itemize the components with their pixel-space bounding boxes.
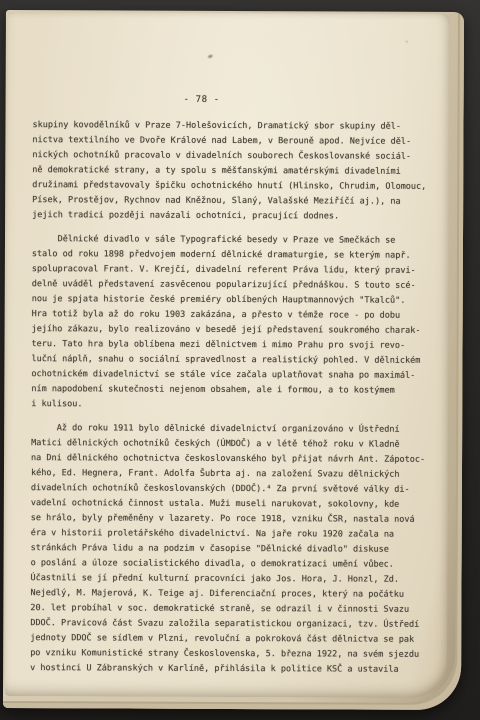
scanner-background: - 78 - skupiny kovodělníků v Praze 7-Hol… xyxy=(0,0,480,720)
body-text: skupiny kovodělníků v Praze 7-Holešovicí… xyxy=(30,118,436,678)
paper-speck xyxy=(406,41,408,43)
paper-smudge xyxy=(207,54,213,59)
paragraph-2: Dělnické divadlo v sále Typografické bes… xyxy=(31,232,436,414)
scanned-page: - 78 - skupiny kovodělníků v Praze 7-Hol… xyxy=(5,12,450,698)
page-number: - 78 - xyxy=(184,95,220,105)
paragraph-1: skupiny kovodělníků v Praze 7-Holešovicí… xyxy=(32,118,436,225)
paragraph-3: Až do roku 1911 bylo dělnické divadelnic… xyxy=(30,421,435,678)
